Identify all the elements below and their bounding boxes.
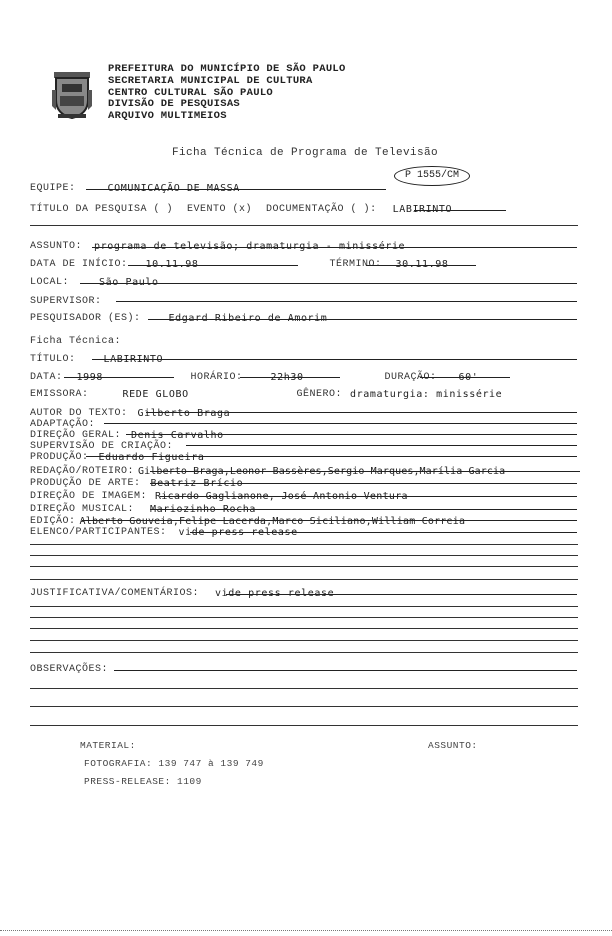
elenco-underline	[190, 532, 577, 533]
emissora-row: EMISSORA: REDE GLOBO GÊNERO: dramaturgia…	[30, 382, 502, 395]
observacoes-label: OBSERVAÇÕES:	[30, 664, 108, 675]
assunto-underline	[92, 247, 577, 248]
data-inicio-label: DATA DE INÍCIO:	[30, 259, 128, 270]
pesquisador-label: PESQUISADOR (ES):	[30, 313, 141, 324]
fotografia-entry: FOTOGRAFIA: 139 747 à 139 749	[84, 758, 264, 769]
blank-line	[30, 628, 578, 629]
documentacao-checkbox: DOCUMENTAÇÃO ( ):	[266, 204, 377, 215]
blank-line	[30, 555, 578, 556]
document-title: Ficha Técnica de Programa de Televisão	[172, 147, 438, 159]
pesquisador-row: PESQUISADOR (ES): Edgard Ribeiro de Amor…	[30, 306, 327, 319]
emissora-label: EMISSORA:	[30, 389, 89, 400]
equipe-underline	[86, 189, 386, 190]
observacoes-row: OBSERVAÇÕES:	[30, 657, 112, 670]
direcao-geral-underline	[126, 434, 577, 435]
emissora-value: REDE GLOBO	[123, 389, 293, 400]
local-label: LOCAL:	[30, 277, 69, 288]
separator-line	[30, 225, 578, 226]
elenco-label: ELENCO/PARTICIPANTES:	[30, 527, 167, 538]
ficha-heading-row: Ficha Técnica:	[30, 329, 121, 342]
horario-underline	[240, 377, 340, 378]
genero-value: dramaturgia: minissérie	[350, 389, 502, 400]
material-assunto-label: ASSUNTO:	[428, 740, 478, 751]
equipe-label: EQUIPE:	[30, 183, 76, 194]
duracao-underline	[420, 377, 510, 378]
press-release-entry: PRESS-RELEASE: 1109	[84, 776, 202, 787]
producao-underline	[86, 456, 577, 457]
autor-value: Gilberto Braga	[138, 408, 231, 419]
blank-line	[30, 579, 578, 580]
pesquisador-underline	[148, 319, 577, 320]
city-crest-icon	[50, 70, 94, 120]
supervisor-row: SUPERVISOR:	[30, 289, 106, 302]
justificativa-underline	[226, 594, 577, 595]
blank-line	[30, 688, 578, 689]
observacoes-underline	[114, 670, 577, 671]
titulo-pesquisa-checkbox: TÍTULO DA PESQUISA ( )	[30, 204, 173, 215]
blank-line	[30, 617, 578, 618]
blank-line	[30, 652, 578, 653]
justificativa-label: JUSTIFICATIVA/COMENTÁRIOS:	[30, 588, 199, 599]
catalog-stamp: P 1555/CM	[394, 166, 470, 186]
header-line: ARQUIVO MULTIMEIOS	[108, 111, 346, 123]
assunto-label: ASSUNTO:	[30, 241, 82, 252]
assunto-row: ASSUNTO: programa de televisão; dramatur…	[30, 234, 405, 247]
blank-line	[30, 725, 578, 726]
titulo-label: TÍTULO:	[30, 354, 76, 365]
institution-header: PREFEITURA DO MUNICÍPIO DE SÃO PAULO SEC…	[108, 64, 346, 123]
evento-checkbox: EVENTO (x)	[187, 204, 252, 215]
termino-underline	[366, 265, 476, 266]
blank-line	[30, 566, 578, 567]
tipo-underline	[414, 210, 506, 211]
local-underline	[80, 283, 577, 284]
datas-row: DATA DE INÍCIO: 10.11.98 TÉRMINO: 30.11.…	[30, 252, 449, 265]
material-label: MATERIAL:	[80, 740, 136, 751]
blank-line	[30, 606, 578, 607]
equipe-row: EQUIPE: COMUNICAÇÃO DE MASSA	[30, 176, 240, 189]
justificativa-row: JUSTIFICATIVA/COMENTÁRIOS: vide press re…	[30, 581, 334, 594]
local-row: LOCAL: São Paulo	[30, 270, 159, 283]
genero-label: GÊNERO:	[297, 389, 343, 400]
supervisao-underline	[186, 445, 577, 446]
supervisor-underline	[116, 301, 577, 302]
titulo-underline	[92, 359, 577, 360]
blank-line	[30, 544, 578, 545]
page-bottom-edge	[0, 930, 612, 931]
data-underline	[64, 377, 174, 378]
blank-line	[30, 640, 578, 641]
tipo-row: TÍTULO DA PESQUISA ( ) EVENTO (x) DOCUME…	[30, 197, 452, 210]
ficha-heading: Ficha Técnica:	[30, 336, 121, 347]
autor-underline	[146, 412, 577, 413]
header-line: SECRETARIA MUNICIPAL DE CULTURA	[108, 76, 346, 88]
data-inicio-underline	[128, 265, 298, 266]
blank-line	[30, 706, 578, 707]
